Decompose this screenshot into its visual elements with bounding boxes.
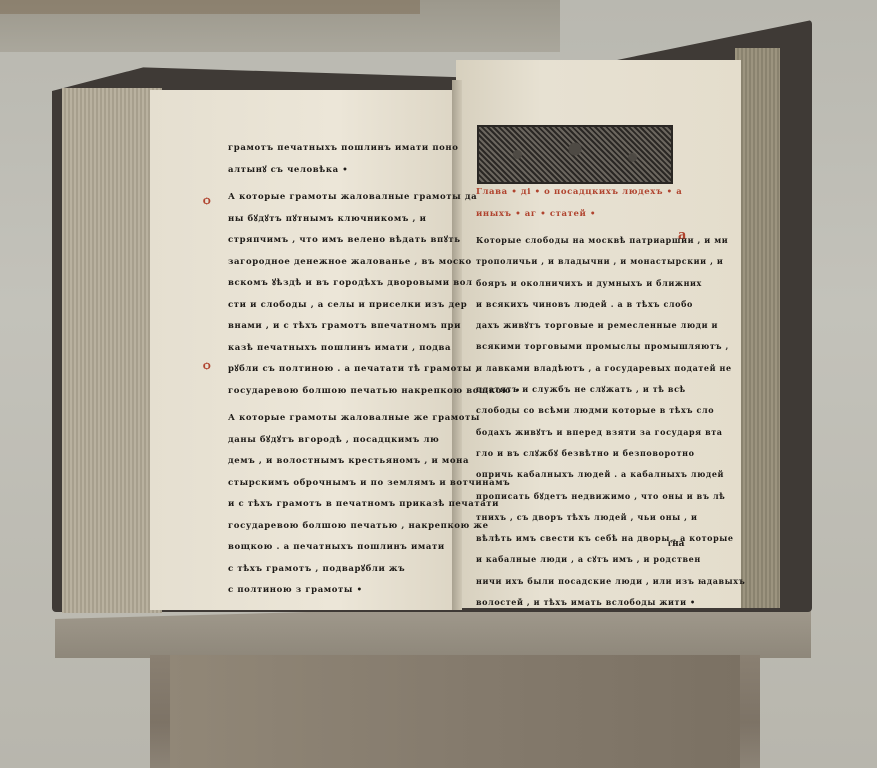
- ornamental-headpiece: [477, 125, 673, 184]
- pedestal-front-face: [170, 655, 740, 768]
- text-line: и лавками владѣютъ , а государевых подат…: [476, 358, 745, 379]
- text-line: вѣлѣть имъ свести къ себѣ на дворы . а к…: [476, 528, 745, 549]
- heading-line: Глава • ді • о посадцкихъ людехъ • а: [476, 182, 682, 204]
- display-pedestal-base: [150, 655, 760, 768]
- folio-number: г҃на: [668, 538, 685, 549]
- text-line: слободы со всѣми людми которые в тѣхъ сл…: [476, 400, 745, 421]
- right-page-text: Которые слободы на москвѣ патриаршии , и…: [476, 230, 745, 613]
- heading-line: иныхъ • аг • статей •: [476, 204, 682, 226]
- text-line: всякими торговыми промыслы промышляютъ ,: [476, 336, 745, 357]
- text-line: платятъ и службъ не слꙋжатъ , и тѣ всѣ: [476, 379, 745, 400]
- wall-painting-edge: [0, 0, 420, 14]
- text-line: бодахъ живꙋтъ и вперед взяти за государя…: [476, 422, 745, 443]
- text-line: трополичьи , и владычни , и монастырскии…: [476, 251, 745, 272]
- left-margin-marker-2: ѻ: [203, 357, 211, 373]
- left-margin-marker: ѻ: [203, 192, 211, 208]
- text-line: гло и въ слꙋжбꙋ безвѣтно и безповоротно: [476, 443, 745, 464]
- text-line: и всякихъ чиновъ людей . а в тѣхъ слобо: [476, 294, 745, 315]
- text-line: бояръ и околничихъ и думныхъ и ближних: [476, 273, 745, 294]
- text-line: и кабалные люди , а сꙋтъ имъ , и родстве…: [476, 549, 745, 570]
- text-line: волостей , и тѣхъ имать вслободы жити •: [476, 592, 745, 613]
- text-line: прописать бꙋдетъ недвижимо , что оны и в…: [476, 486, 745, 507]
- text-line: опричь кабалныхъ людей . а кабалныхъ люд…: [476, 464, 745, 485]
- wall-molding: [0, 0, 560, 52]
- left-page-edges: [62, 88, 162, 613]
- text-line: Которые слободы на москвѣ патриаршии , и…: [476, 230, 745, 251]
- text-line: ничи ихъ были посадские люди , или изъ ꙗ…: [476, 571, 745, 592]
- chapter-heading: Глава • ді • о посадцкихъ людехъ • а ины…: [476, 182, 682, 225]
- text-line: тнихъ , съ дворъ тѣхъ людей , чьи оны , …: [476, 507, 745, 528]
- text-line: дахъ живꙋтъ торговые и ремесленные люди …: [476, 315, 745, 336]
